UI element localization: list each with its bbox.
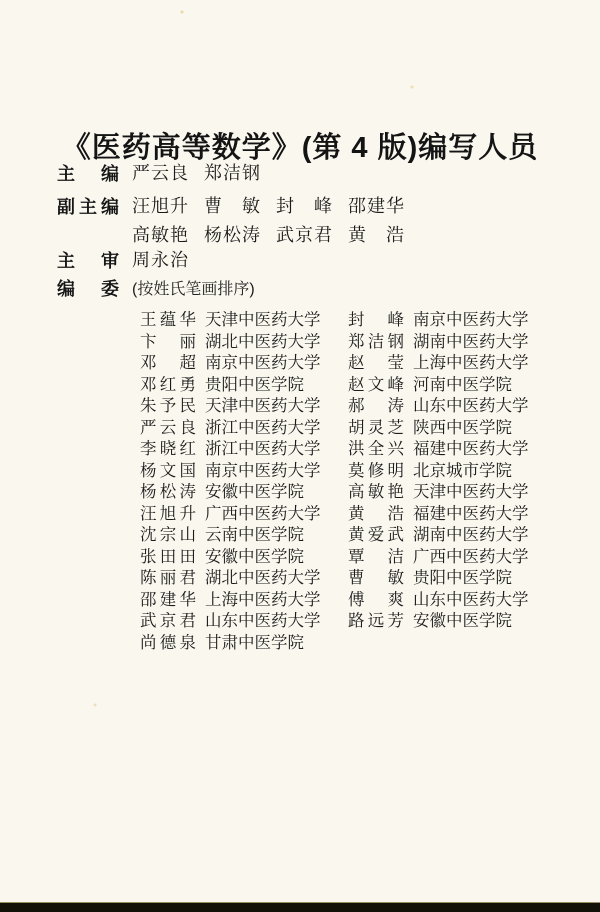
role-row-chief-reviewer: 主审周永治: [57, 250, 570, 272]
member-name: 陈丽君: [140, 567, 196, 589]
member-institution: 福建中医药大学: [413, 504, 529, 523]
committee-member-row: 路远芳安徽中医学院: [348, 610, 529, 632]
member-institution: 安徽中医学院: [413, 611, 512, 630]
committee-member-row: 朱予民天津中医药大学: [140, 395, 348, 417]
committee-list: 王蕴华天津中医药大学 卞丽湖北中医药大学 邓超南京中医药大学 邓红勇贵阳中医学院…: [140, 309, 529, 653]
member-institution: 广西中医药大学: [205, 504, 321, 523]
member-name: 封峰: [348, 309, 404, 331]
person-name: 汪旭升: [132, 196, 188, 218]
role-label-committee: 编委: [57, 278, 119, 300]
committee-member-row: 王蕴华天津中医药大学: [140, 309, 348, 331]
committee-member-row: 邓红勇贵阳中医学院: [140, 374, 348, 396]
member-name: 武京君: [140, 610, 196, 632]
member-institution: 南京中医药大学: [205, 353, 321, 372]
member-institution: 贵阳中医学院: [413, 568, 512, 587]
member-institution: 天津中医药大学: [205, 396, 321, 415]
member-institution: 安徽中医学院: [205, 482, 304, 501]
member-institution: 贵阳中医学院: [205, 375, 304, 394]
member-name: 赵文峰: [348, 374, 404, 396]
member-institution: 南京中医药大学: [413, 310, 529, 329]
member-name: 张田田: [140, 546, 196, 568]
member-name: 覃洁: [348, 546, 404, 568]
member-institution: 浙江中医药大学: [205, 418, 321, 437]
committee-column-left: 王蕴华天津中医药大学 卞丽湖北中医药大学 邓超南京中医药大学 邓红勇贵阳中医学院…: [140, 309, 348, 653]
roles-block: 主编严云良郑洁钢 副主编汪旭升曹敏封峰邵建华 高敏艳杨松涛武京君黄浩 主审周永治…: [57, 163, 570, 300]
member-institution: 河南中医学院: [413, 375, 512, 394]
member-name: 杨文国: [140, 460, 196, 482]
committee-member-row: 曹敏贵阳中医学院: [348, 567, 529, 589]
person-name: 杨松涛: [204, 225, 260, 247]
committee-column-right: 封峰南京中医药大学 郑洁钢湖南中医药大学 赵莹上海中医药大学 赵文峰河南中医学院…: [348, 309, 529, 653]
member-name: 王蕴华: [140, 309, 196, 331]
member-institution: 云南中医学院: [205, 525, 304, 544]
committee-member-row: 沈宗山云南中医学院: [140, 524, 348, 546]
committee-member-row: 覃洁广西中医药大学: [348, 546, 529, 568]
member-institution: 上海中医药大学: [205, 590, 321, 609]
member-name: 黄爱武: [348, 524, 404, 546]
scan-edge-band: [0, 902, 600, 912]
committee-member-row: 杨松涛安徽中医学院: [140, 481, 348, 503]
member-institution: 湖南中医药大学: [413, 525, 529, 544]
member-institution: 天津中医药大学: [205, 310, 321, 329]
member-name: 郝涛: [348, 395, 404, 417]
member-institution: 陕西中医学院: [413, 418, 512, 437]
member-name: 邵建华: [140, 589, 196, 611]
committee-member-row: 卞丽湖北中医药大学: [140, 331, 348, 353]
committee-member-row: 武京君山东中医药大学: [140, 610, 348, 632]
person-name: 黄浩: [348, 225, 404, 247]
member-name: 胡灵芝: [348, 417, 404, 439]
person-name: 高敏艳: [132, 225, 188, 247]
committee-member-row: 赵莹上海中医药大学: [348, 352, 529, 374]
member-name: 路远芳: [348, 610, 404, 632]
deputy-editor-names-line1: 汪旭升曹敏封峰邵建华: [132, 196, 420, 218]
scanned-book-page: 《医药高等数学》(第 4 版)编写人员 主编严云良郑洁钢 副主编汪旭升曹敏封峰邵…: [0, 0, 600, 912]
role-row-deputy-editor: 副主编汪旭升曹敏封峰邵建华: [57, 196, 570, 218]
chief-editor-names: 严云良郑洁钢: [132, 163, 276, 185]
member-name: 洪全兴: [348, 438, 404, 460]
member-name: 严云良: [140, 417, 196, 439]
role-row-deputy-editor-cont: 高敏艳杨松涛武京君黄浩: [57, 225, 570, 247]
member-institution: 南京中医药大学: [205, 461, 321, 480]
member-name: 曹敏: [348, 567, 404, 589]
member-institution: 北京城市学院: [413, 461, 512, 480]
member-name: 傅爽: [348, 589, 404, 611]
committee-member-row: 郝涛山东中医药大学: [348, 395, 529, 417]
member-name: 尚德泉: [140, 632, 196, 654]
committee-member-row: 胡灵芝陕西中医学院: [348, 417, 529, 439]
role-row-chief-editor: 主编严云良郑洁钢: [57, 163, 570, 185]
committee-member-row: 邵建华上海中医药大学: [140, 589, 348, 611]
person-name: 郑洁钢: [204, 163, 260, 185]
committee-sort-note: (按姓氏笔画排序): [132, 281, 255, 298]
committee-member-row: 高敏艳天津中医药大学: [348, 481, 529, 503]
member-name: 黄浩: [348, 503, 404, 525]
committee-member-row: 张田田安徽中医学院: [140, 546, 348, 568]
person-name: 邵建华: [348, 196, 404, 218]
member-institution: 湖南中医药大学: [413, 332, 529, 351]
person-name: 曹敏: [204, 196, 260, 218]
member-institution: 天津中医药大学: [413, 482, 529, 501]
person-name: 封峰: [276, 196, 332, 218]
member-institution: 浙江中医药大学: [205, 439, 321, 458]
member-institution: 山东中医药大学: [413, 590, 529, 609]
member-name: 李晓红: [140, 438, 196, 460]
member-institution: 山东中医药大学: [413, 396, 529, 415]
chief-reviewer-names: 周永治: [132, 250, 204, 272]
member-institution: 山东中医药大学: [205, 611, 321, 630]
member-name: 邓红勇: [140, 374, 196, 396]
role-label-chief-editor: 主编: [57, 163, 119, 185]
committee-member-row: 傅爽山东中医药大学: [348, 589, 529, 611]
committee-member-row: 洪全兴福建中医药大学: [348, 438, 529, 460]
committee-member-row: 黄爱武湖南中医药大学: [348, 524, 529, 546]
committee-member-row: 邓超南京中医药大学: [140, 352, 348, 374]
member-name: 郑洁钢: [348, 331, 404, 353]
role-row-committee-heading: 编委(按姓氏笔画排序): [57, 278, 570, 300]
member-name: 高敏艳: [348, 481, 404, 503]
member-name: 卞丽: [140, 331, 196, 353]
page-title: 《医药高等数学》(第 4 版)编写人员: [0, 125, 600, 166]
committee-member-row: 尚德泉甘肃中医学院: [140, 632, 348, 654]
person-name: 武京君: [276, 225, 332, 247]
committee-member-row: 陈丽君湖北中医药大学: [140, 567, 348, 589]
committee-member-row: 严云良浙江中医药大学: [140, 417, 348, 439]
member-name: 邓超: [140, 352, 196, 374]
member-name: 赵莹: [348, 352, 404, 374]
member-institution: 广西中医药大学: [413, 547, 529, 566]
member-institution: 甘肃中医学院: [205, 633, 304, 652]
deputy-editor-names-line2: 高敏艳杨松涛武京君黄浩: [132, 225, 420, 247]
person-name: 周永治: [132, 250, 188, 272]
committee-member-row: 赵文峰河南中医学院: [348, 374, 529, 396]
member-institution: 安徽中医学院: [205, 547, 304, 566]
role-label-deputy-editor: 副主编: [57, 196, 119, 218]
role-label-chief-reviewer: 主审: [57, 250, 119, 272]
member-name: 沈宗山: [140, 524, 196, 546]
member-institution: 上海中医药大学: [413, 353, 529, 372]
committee-member-row: 封峰南京中医药大学: [348, 309, 529, 331]
member-institution: 湖北中医药大学: [205, 568, 321, 587]
member-name: 杨松涛: [140, 481, 196, 503]
person-name: 严云良: [132, 163, 188, 185]
committee-member-row: 郑洁钢湖南中医药大学: [348, 331, 529, 353]
member-institution: 湖北中医药大学: [205, 332, 321, 351]
member-name: 莫修明: [348, 460, 404, 482]
committee-member-row: 李晓红浙江中医药大学: [140, 438, 348, 460]
member-name: 朱予民: [140, 395, 196, 417]
committee-member-row: 莫修明北京城市学院: [348, 460, 529, 482]
member-name: 汪旭升: [140, 503, 196, 525]
member-institution: 福建中医药大学: [413, 439, 529, 458]
committee-member-row: 黄浩福建中医药大学: [348, 503, 529, 525]
committee-member-row: 汪旭升广西中医药大学: [140, 503, 348, 525]
committee-member-row: 杨文国南京中医药大学: [140, 460, 348, 482]
